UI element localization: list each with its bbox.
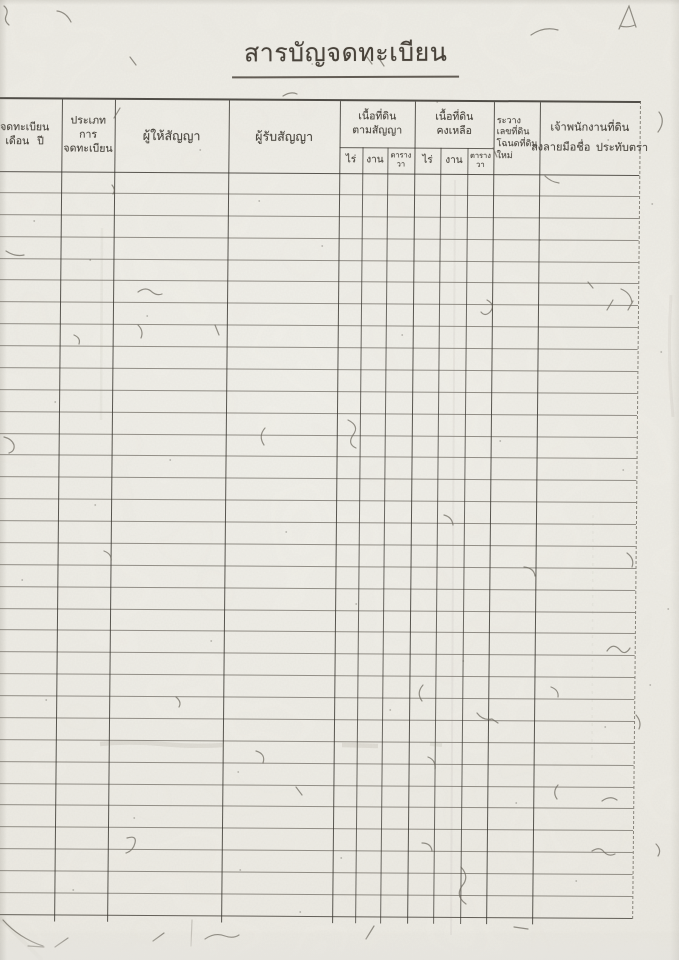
header-contract-grantee: ผู้รับสัญญา	[228, 100, 340, 173]
header-unit-sqwa-remaining: ตาราง วา	[467, 148, 493, 174]
scanned-registration-ledger-page: สารบัญจดทะเบียน จดทะเบียน เดือน ปี ประเภ…	[0, 0, 679, 960]
registration-index-table: จดทะเบียน เดือน ปี ประเภท การ จดทะเบียน …	[0, 97, 641, 919]
header-registration-type: ประเภท การ จดทะเบียน	[61, 99, 115, 171]
title-area: สารบัญจดทะเบียน	[0, 33, 679, 78]
header-registration-date: จดทะเบียน เดือน ปี	[0, 99, 62, 171]
header-land-officer-signature: เจ้าพนักงานที่ดิน ลงลายมือชื่อ ประทับตรา	[539, 102, 640, 175]
header-unit-rai-contract: ไร่	[339, 147, 362, 173]
header-unit-ngan-remaining: งาน	[440, 148, 467, 174]
header-unit-ngan-contract: งาน	[362, 147, 387, 173]
header-unit-rai-remaining: ไร่	[414, 148, 440, 174]
paper-bottom-edge	[0, 934, 679, 960]
table-row	[0, 893, 632, 919]
header-contract-grantor: ผู้ให้สัญญา	[114, 100, 229, 173]
header-group-area-per-contract: เนื้อที่ดิน ตามสัญญา	[340, 101, 415, 147]
header-unit-sqwa-contract: ตาราง วา	[387, 147, 414, 173]
header-group-area-remaining: เนื้อที่ดิน คงเหลือ	[415, 102, 494, 148]
table-body	[0, 171, 639, 919]
table-header: จดทะเบียน เดือน ปี ประเภท การ จดทะเบียน …	[0, 99, 640, 176]
page-title: สารบัญจดทะเบียน	[232, 33, 459, 79]
